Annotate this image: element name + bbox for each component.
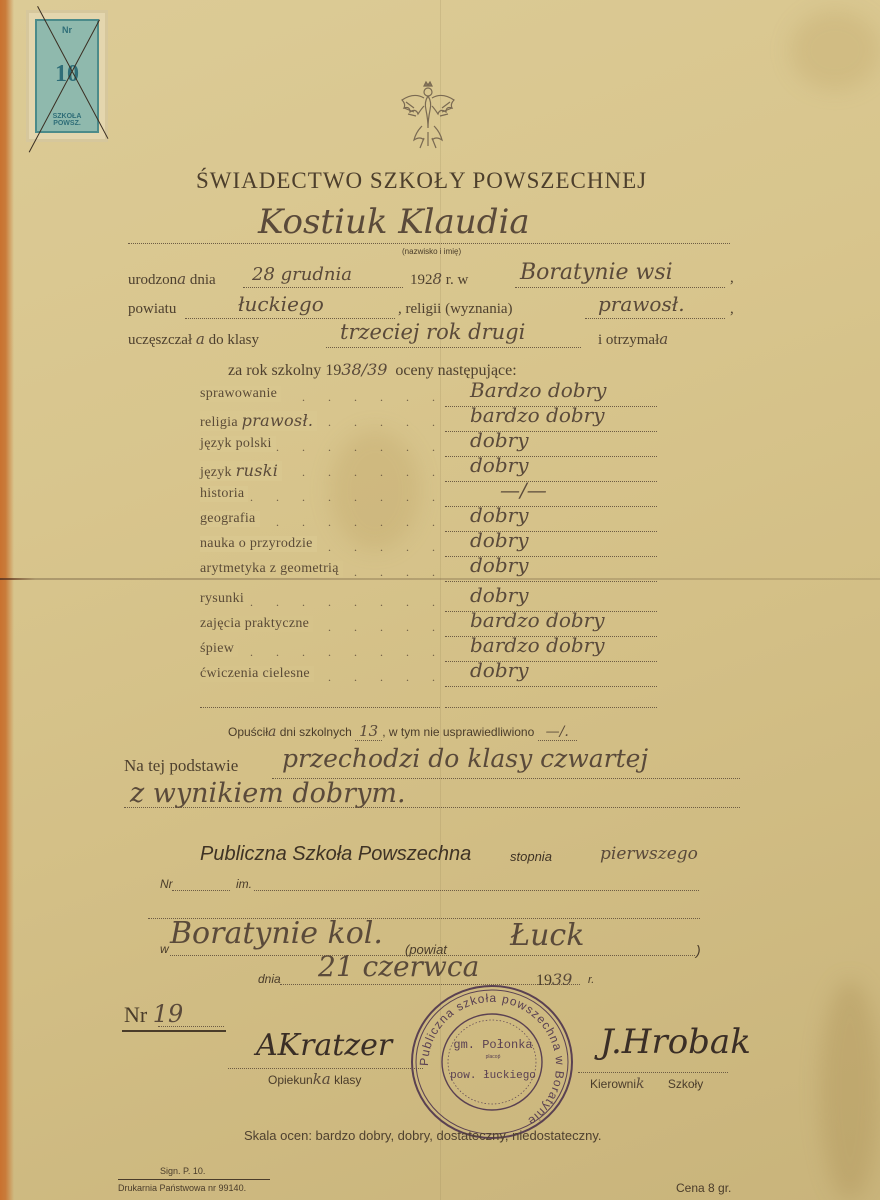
district-label: powiatu: [128, 301, 176, 318]
subject-row-ruthenian: . . . . . . . . . . . język ruski dobry: [200, 461, 660, 483]
birth-line-end: ,: [730, 270, 734, 287]
form-signature-code: Sign. P. 10.: [160, 1166, 205, 1176]
document-title: ŚWIADECTWO SZKOŁY POWSZECHNEJ: [196, 168, 647, 194]
class-value: trzeciej rok drugi: [340, 320, 525, 344]
decision-label: Na tej podstawie: [124, 756, 238, 776]
subject-row-singing: . . . . . . . . . . . śpiew bardzo dobry: [200, 641, 660, 663]
decision-underline-2: [124, 807, 740, 808]
blank-subject-line: [200, 707, 440, 708]
teacher-label-post: klasy: [334, 1073, 361, 1087]
birth-place-value: Boratynie wsi: [520, 260, 673, 285]
subject-grade: dobry: [470, 528, 529, 552]
certificate-nr-rule: [122, 1030, 226, 1032]
subject-grade: dobry: [470, 553, 529, 577]
subject-label-extra: prawosł.: [242, 411, 314, 430]
birth-year-value: 8: [433, 270, 443, 288]
subject-label: historia: [200, 486, 248, 502]
certificate-nr-underline: [158, 1026, 224, 1027]
subject-row-history: . . . . . . . . . . . historia —/—: [200, 486, 660, 508]
head-signature-line: [578, 1072, 728, 1073]
round-seal-icon: Publiczna szkoła powszechna w Boratynie: [408, 982, 576, 1140]
subject-row-polish: . . . . . . . . . . . język polski dobry: [200, 436, 660, 458]
district-underline: [185, 318, 395, 319]
religion-underline: [585, 318, 725, 319]
issue-year-r-label: r.: [588, 974, 594, 986]
certificate-nr-label: Nr: [124, 1002, 147, 1027]
missed-label: Opuścił: [228, 725, 268, 739]
school-year-prefix: 19: [325, 362, 341, 379]
subject-label: sprawowanie: [200, 386, 281, 402]
subject-label: zajęcia praktyczne: [200, 616, 313, 632]
school-im-label: im.: [236, 877, 252, 891]
class-underline: [326, 347, 581, 348]
paper-stain: [790, 10, 880, 90]
school-level-label: stopnia: [510, 849, 552, 864]
subject-row-geography: . . . . . . . . . . . geografia dobry: [200, 511, 660, 533]
seal-inner-line-2: pow. łuckiego: [440, 1070, 546, 1082]
to-class-label: do klasy: [209, 332, 259, 348]
teacher-signature: AKratzer: [256, 1028, 392, 1063]
subject-label: arytmetyka z geometrią: [200, 561, 343, 577]
school-place-value: Boratynie kol.: [170, 916, 383, 951]
religion-value: prawosł.: [598, 292, 685, 316]
birth-place-underline: [515, 287, 725, 288]
attended-suffix: a: [196, 330, 205, 348]
days-missed-value: 13: [355, 722, 382, 741]
received-suffix: a: [659, 330, 668, 348]
days-label: dni szkolnych: [280, 725, 352, 739]
school-in-label: w: [160, 942, 169, 956]
price: Cena 8 gr.: [676, 1181, 731, 1195]
unexcused-label: , w tym nie usprawiedliwiono: [382, 725, 534, 739]
subject-label: język polski: [200, 436, 276, 452]
subject-grade: dobry: [470, 583, 529, 607]
subject-row-pe: . . . . . . . . . . . ćwiczenia cielesne…: [200, 666, 660, 688]
school-nr-underline: [172, 890, 230, 891]
head-signature: J.Hrobak: [600, 1022, 751, 1062]
subject-label: śpiew: [200, 641, 238, 657]
student-name: Kostiuk Klaudia: [258, 202, 530, 242]
district-value: łuckiego: [238, 292, 324, 316]
subject-label-extra: ruski: [236, 461, 278, 480]
subject-grade: dobry: [470, 503, 529, 527]
birth-year-prefix: 192: [410, 272, 433, 288]
grades-label: oceny następujące:: [395, 362, 516, 379]
day-label: dnia: [190, 272, 216, 288]
subject-grade: Bardzo dobry: [470, 378, 606, 402]
subject-label: ćwiczenia cielesne: [200, 666, 314, 682]
teacher-signature-line: [228, 1068, 423, 1069]
school-year-end: 39: [367, 360, 387, 379]
head-label-suffix: k: [636, 1076, 644, 1092]
subject-grade: dobry: [470, 658, 529, 682]
subject-grade: bardzo dobry: [470, 608, 605, 632]
name-underline: [128, 243, 730, 244]
paper-stain: [820, 980, 880, 1200]
born-suffix: a: [177, 270, 186, 288]
printer-info: Drukarnia Państwowa nr 99140.: [118, 1183, 246, 1193]
school-im-underline: [254, 890, 699, 891]
subject-label: geografia: [200, 511, 260, 527]
teacher-label: Opiekun: [268, 1073, 313, 1087]
received-label: i otrzymał: [598, 332, 659, 348]
school-year-start: 38: [341, 360, 361, 379]
unexcused-value: —/.: [538, 724, 577, 741]
school-level-value: pierwszego: [600, 844, 698, 864]
powiat-value: Łuck: [510, 918, 584, 953]
subject-row-arithmetic: . . . . . . . . . . . arytmetyka z geome…: [200, 561, 660, 583]
subject-grade: dobry: [470, 453, 529, 477]
head-label-post: Szkoły: [668, 1077, 703, 1091]
subject-grade: bardzo dobry: [470, 633, 605, 657]
seal-inner-small: placoṕ: [448, 1054, 538, 1060]
subject-grade: dobry: [470, 428, 529, 452]
school-type-label: Publiczna Szkoła Powszechna: [200, 843, 471, 866]
seal-inner-line-1: gm. Połonka: [448, 1038, 538, 1052]
head-label: Kierowni: [590, 1077, 636, 1091]
paper-left-edge: [0, 0, 14, 1200]
revenue-stamp: Nr 10 SZKOŁA POWSZ.: [26, 10, 108, 142]
certificate-nr-value: 19: [153, 1000, 184, 1028]
born-label: urodzon: [128, 272, 177, 288]
attended-label: uczęszczał: [128, 332, 192, 348]
in-label: r. w: [446, 272, 469, 288]
decision-line-2: z wynikiem dobrym.: [130, 778, 406, 809]
subject-label: religia: [200, 415, 238, 430]
powiat-close-paren: ): [696, 942, 701, 958]
subject-label: język: [200, 465, 232, 480]
subject-row-nature: . . . . . . . . . . . nauka o przyrodzie…: [200, 536, 660, 558]
revenue-stamp-top: Nr: [62, 25, 72, 35]
subject-label: rysunki: [200, 591, 248, 607]
district-line-end: ,: [730, 301, 734, 318]
issue-date-value: 21 czerwca: [318, 950, 479, 983]
subject-grade: bardzo dobry: [470, 403, 605, 427]
decision-line-1: przechodzi do klasy czwartej: [282, 744, 648, 773]
polish-eagle-emblem-icon: [396, 80, 460, 152]
subject-grade: —/—: [500, 478, 547, 502]
birth-date-underline: [243, 287, 403, 288]
religion-label: , religii (wyznania): [398, 301, 513, 318]
name-caption: (nazwisko i imię): [402, 247, 461, 256]
missed-suffix: a: [268, 724, 276, 740]
grading-scale: Skala ocen: bardzo dobry, dobry, dostate…: [244, 1128, 601, 1143]
birth-date-value: 28 grudnia: [252, 264, 352, 285]
issue-date-label: dnia: [258, 972, 281, 986]
teacher-label-suffix: ka: [313, 1070, 331, 1088]
school-year-label: za rok szkolny: [228, 362, 321, 379]
footer-rule: [118, 1179, 270, 1180]
school-nr-label: Nr: [160, 877, 173, 891]
school-seal: Publiczna szkoła powszechna w Boratynie …: [408, 982, 576, 1140]
subject-row-religion: . . . . . . . . . . . religia prawosł. b…: [200, 411, 660, 433]
subject-label: nauka o przyrodzie: [200, 536, 317, 552]
blank-grade-line: [445, 707, 657, 708]
